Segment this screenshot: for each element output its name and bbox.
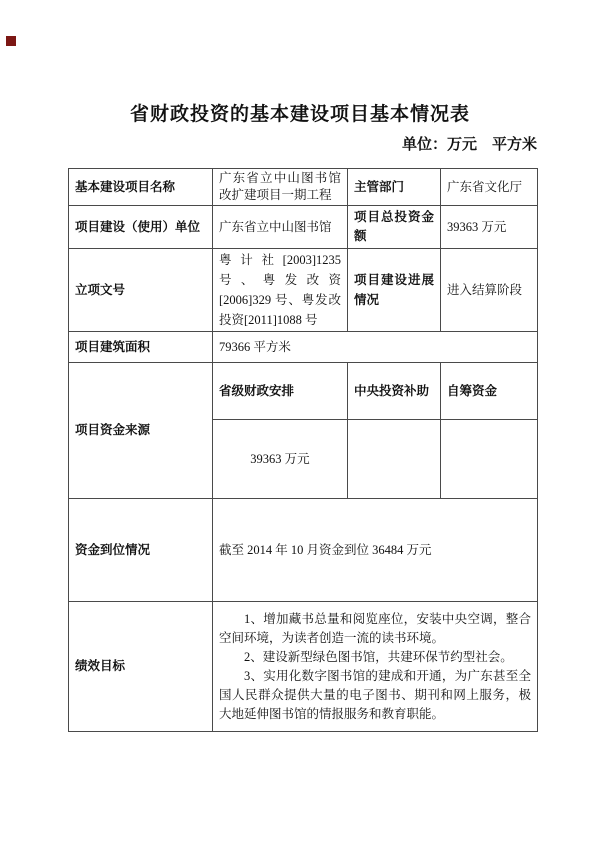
funding-central-label: 中央投资补助: [348, 363, 441, 420]
funding-source-label: 项目资金来源: [69, 363, 213, 499]
progress-label: 项目建设进展情况: [348, 249, 441, 332]
performance-item-1: 1、增加藏书总量和阅览座位，安装中央空调，整合空间环境，为读者创造一流的读书环境…: [219, 610, 531, 648]
performance-label: 绩效目标: [69, 602, 213, 732]
funds-inplace-label: 资金到位情况: [69, 499, 213, 602]
performance-item-3: 3、实用化数字图书馆的建成和开通，为广东甚至全国人民群众提供大量的电子图书、期刊…: [219, 667, 531, 724]
funding-provincial-value: 39363 万元: [213, 420, 348, 499]
row-funding-header: 项目资金来源 省级财政安排 中央投资补助 自筹资金: [69, 363, 538, 420]
unit-note: 单位：万元 平方米: [68, 135, 537, 155]
page-title: 省财政投资的基本建设项目基本情况表: [0, 0, 600, 128]
dept-label: 主管部门: [348, 169, 441, 206]
dept-value: 广东省文化厅: [441, 169, 538, 206]
project-info-table: 基本建设项目名称 广东省立中山图书馆改扩建项目一期工程 主管部门 广东省文化厅 …: [68, 168, 538, 732]
row-funds-inplace: 资金到位情况 截至 2014 年 10 月资金到位 36484 万元: [69, 499, 538, 602]
build-unit-value: 广东省立中山图书馆: [213, 206, 348, 249]
funding-central-value: [348, 420, 441, 499]
total-invest-label: 项目总投资金额: [348, 206, 441, 249]
floor-area-value: 79366 平方米: [213, 332, 538, 363]
document-page: 省财政投资的基本建设项目基本情况表 单位：万元 平方米 基本建设项目名称 广东省…: [0, 0, 600, 850]
build-unit-label: 项目建设（使用）单位: [69, 206, 213, 249]
approval-doc-label: 立项文号: [69, 249, 213, 332]
funding-provincial-label: 省级财政安排: [213, 363, 348, 420]
total-invest-value: 39363 万元: [441, 206, 538, 249]
performance-item-2: 2、建设新型绿色图书馆，共建环保节约型社会。: [219, 648, 531, 667]
performance-value: 1、增加藏书总量和阅览座位，安装中央空调，整合空间环境，为读者创造一流的读书环境…: [213, 602, 538, 732]
funds-inplace-value: 截至 2014 年 10 月资金到位 36484 万元: [213, 499, 538, 602]
row-build-unit: 项目建设（使用）单位 广东省立中山图书馆 项目总投资金额 39363 万元: [69, 206, 538, 249]
funding-self-label: 自筹资金: [441, 363, 538, 420]
approval-doc-value: 粤计社[2003]1235 号、粤发改资[2006]329 号、粤发改投资[20…: [213, 249, 348, 332]
red-corner-marker: [6, 36, 16, 46]
project-name-label: 基本建设项目名称: [69, 169, 213, 206]
row-floor-area: 项目建筑面积 79366 平方米: [69, 332, 538, 363]
project-name-value: 广东省立中山图书馆改扩建项目一期工程: [213, 169, 348, 206]
row-approval-doc: 立项文号 粤计社[2003]1235 号、粤发改资[2006]329 号、粤发改…: [69, 249, 538, 332]
floor-area-label: 项目建筑面积: [69, 332, 213, 363]
progress-value: 进入结算阶段: [441, 249, 538, 332]
row-performance: 绩效目标 1、增加藏书总量和阅览座位，安装中央空调，整合空间环境，为读者创造一流…: [69, 602, 538, 732]
row-project-name: 基本建设项目名称 广东省立中山图书馆改扩建项目一期工程 主管部门 广东省文化厅: [69, 169, 538, 206]
funding-self-value: [441, 420, 538, 499]
